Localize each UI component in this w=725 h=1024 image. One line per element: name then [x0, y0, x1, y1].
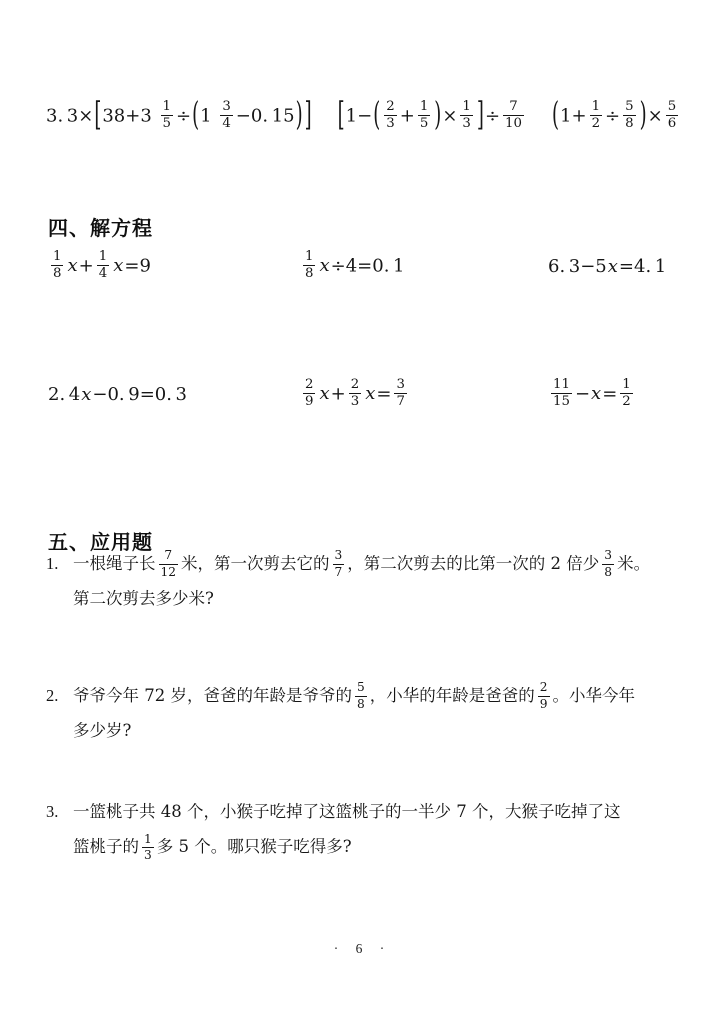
equation-1-1: 18x+14x=9 — [48, 250, 300, 283]
problem-number: 2. — [46, 678, 73, 713]
word-problem-3: 3. 一篮桃子共 48 个，小猴子吃掉了这篮桃子的一半少 7 个，大猴子吃掉了这… — [46, 794, 717, 865]
calculation-expressions-row: 3. 3×[38+3 15÷(1 34−0. 15)] [1−(23+15)×1… — [46, 100, 681, 133]
calc-expression-1: 3. 3×[38+3 15÷(1 34−0. 15)] — [46, 100, 313, 133]
problem-number: 1. — [46, 546, 73, 581]
equation-2-3: 1115−x=12 — [548, 378, 713, 411]
problem-text: 一根绳子长712米，第一次剪去它的37，第二次剪去的比第一次的 2 倍少38米。… — [73, 546, 650, 617]
calc-expression-3: (1+12÷58)×56 — [551, 100, 681, 133]
equations-row-1: 18x+14x=9 18x÷4=0. 1 6. 3−5x=4. 1 — [48, 250, 713, 283]
equation-2-2: 29x+23x=37 — [300, 378, 548, 411]
word-problem-1: 1. 一根绳子长712米，第一次剪去它的37，第二次剪去的比第一次的 2 倍少3… — [46, 546, 717, 617]
page-number: · 6 · — [0, 941, 725, 957]
equation-1-3: 6. 3−5x=4. 1 — [548, 256, 713, 277]
equation-2-1: 2. 4x−0. 9=0. 3 — [48, 384, 300, 405]
calc-expression-2: [1−(23+15)×13]÷710 — [337, 100, 527, 133]
section-title-solve-equations: 四、解方程 — [48, 212, 153, 241]
worksheet-page: 3. 3×[38+3 15÷(1 34−0. 15)] [1−(23+15)×1… — [0, 0, 725, 1024]
word-problem-2: 2. 爷爷今年 72 岁，爸爸的年龄是爷爷的58，小华的年龄是爸爸的29。小华今… — [46, 678, 717, 749]
problem-text: 一篮桃子共 48 个，小猴子吃掉了这篮桃子的一半少 7 个，大猴子吃掉了这篮桃子… — [73, 794, 620, 865]
problem-text: 爷爷今年 72 岁，爸爸的年龄是爷爷的58，小华的年龄是爸爸的29。小华今年多少… — [73, 678, 635, 749]
equation-1-2: 18x÷4=0. 1 — [300, 250, 548, 283]
equations-row-2: 2. 4x−0. 9=0. 3 29x+23x=37 1115−x=12 — [48, 378, 713, 411]
problem-number: 3. — [46, 794, 73, 829]
